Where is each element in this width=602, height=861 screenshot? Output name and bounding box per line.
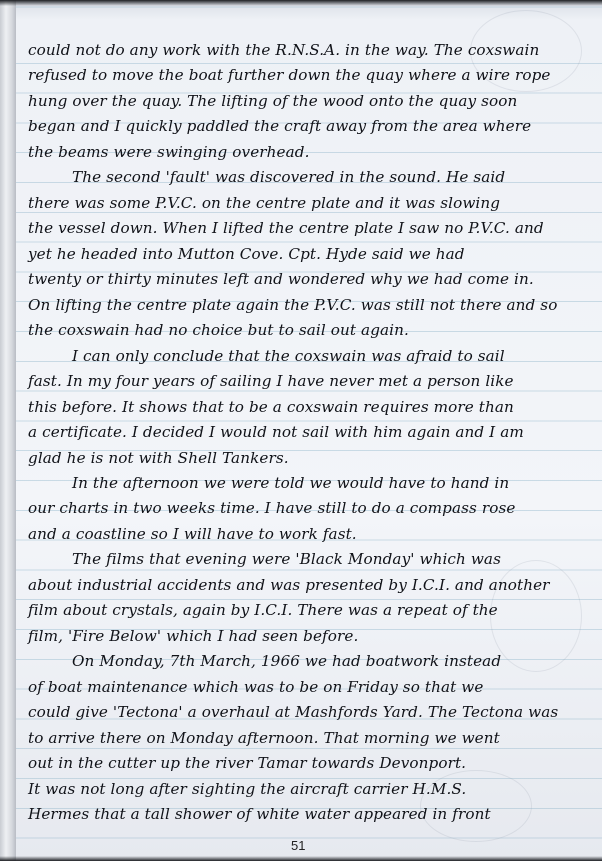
- text-line: I can only conclude that the coxswain wa…: [28, 344, 602, 369]
- text-line: film, 'Fire Below' which I had seen befo…: [28, 624, 602, 649]
- text-line: Hermes that a tall shower of white water…: [28, 802, 602, 827]
- text-line: hung over the quay. The lifting of the w…: [28, 89, 602, 114]
- text-line: film about crystals, again by I.C.I. The…: [28, 598, 602, 623]
- text-line: began and I quickly paddled the craft aw…: [28, 114, 602, 139]
- text-line: could not do any work with the R.N.S.A. …: [28, 38, 602, 63]
- text-line: the vessel down. When I lifted the centr…: [28, 216, 602, 241]
- text-line: a certificate. I decided I would not sai…: [28, 420, 602, 445]
- text-line: about industrial accidents and was prese…: [28, 573, 602, 598]
- text-line: could give 'Tectona' a overhaul at Mashf…: [28, 700, 602, 725]
- text-line: glad he is not with Shell Tankers.: [28, 446, 602, 471]
- page-number: 51: [291, 838, 305, 853]
- text-line: The films that evening were 'Black Monda…: [28, 547, 602, 572]
- text-line: fast. In my four years of sailing I have…: [28, 369, 602, 394]
- text-line: twenty or thirty minutes left and wonder…: [28, 267, 602, 292]
- text-line: refused to move the boat further down th…: [28, 63, 602, 88]
- handwritten-text: could not do any work with the R.N.S.A. …: [28, 38, 602, 828]
- text-line: In the afternoon we were told we would h…: [28, 471, 602, 496]
- notebook-page: could not do any work with the R.N.S.A. …: [0, 0, 602, 861]
- text-line: the beams were swinging overhead.: [28, 140, 602, 165]
- text-line: The second 'fault' was discovered in the…: [28, 165, 602, 190]
- text-line: yet he headed into Mutton Cove. Cpt. Hyd…: [28, 242, 602, 267]
- text-line: On lifting the centre plate again the P.…: [28, 293, 602, 318]
- text-line: to arrive there on Monday afternoon. Tha…: [28, 726, 602, 751]
- text-line: It was not long after sighting the aircr…: [28, 777, 602, 802]
- text-line: our charts in two weeks time. I have sti…: [28, 496, 602, 521]
- text-line: and a coastline so I will have to work f…: [28, 522, 602, 547]
- page-binding-edge: [0, 0, 16, 861]
- text-line: the coxswain had no choice but to sail o…: [28, 318, 602, 343]
- text-line: On Monday, 7th March, 1966 we had boatwo…: [28, 649, 602, 674]
- text-line: out in the cutter up the river Tamar tow…: [28, 751, 602, 776]
- text-line: of boat maintenance which was to be on F…: [28, 675, 602, 700]
- text-line: there was some P.V.C. on the centre plat…: [28, 191, 602, 216]
- text-line: this before. It shows that to be a coxsw…: [28, 395, 602, 420]
